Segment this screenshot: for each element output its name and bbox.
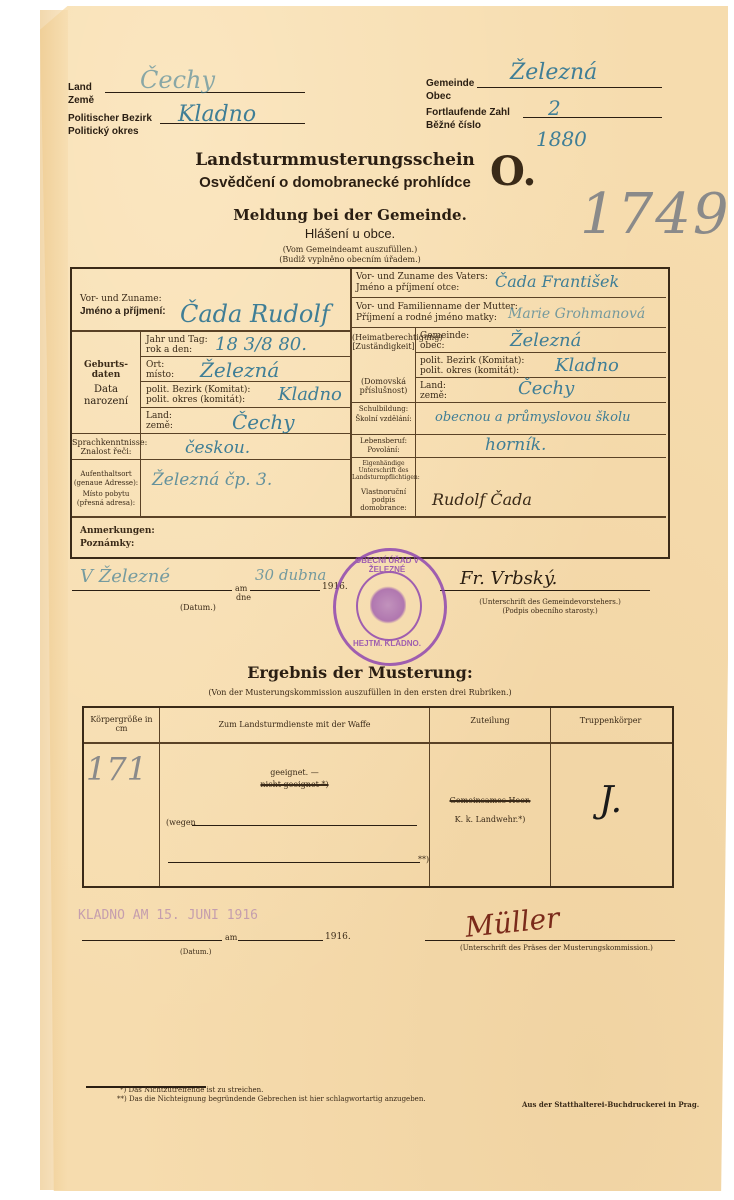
occupation-label-cz: Povolání: xyxy=(352,446,415,454)
mother-value: Marie Grohmanová xyxy=(508,306,645,322)
gemeinde-value: Železná xyxy=(510,60,597,85)
stamp-outer-text: OBECNÍ ÚŘAD V ŽELEZNÉ xyxy=(336,556,438,574)
mayor-sig-label-de: (Unterschrift des Gemeindevorstehers.) xyxy=(470,598,630,607)
birth-group-cz: Data narození xyxy=(74,384,138,408)
heimat-group-cz: (Domovská příslušnost) xyxy=(352,377,415,395)
municipal-stamp: OBECNÍ ÚŘAD V ŽELEZNÉ HEJTM. KLADNO. xyxy=(333,548,447,666)
date-line-2 xyxy=(238,940,323,941)
row-divider xyxy=(352,457,666,458)
zahl-label-de: Fortlaufende Zahl xyxy=(426,107,510,118)
land-label-cz: Země xyxy=(68,95,94,106)
birth-place-label-de: Ort: xyxy=(146,360,164,370)
remarks-label-cz: Poznámky: xyxy=(80,539,134,549)
school-label-de: Schulbildung: xyxy=(352,405,415,413)
school-label-cz: Školní vzdělání: xyxy=(352,415,415,423)
gemeinde-label-de: Gemeinde xyxy=(426,78,474,89)
form-letter: O. xyxy=(490,148,536,195)
assignment-value: K. k. Landwehr.*) xyxy=(430,815,550,824)
father-label-cz: Jméno a příjmení otce: xyxy=(356,283,459,293)
mayor-sig-label-cz: (Podpis obecního starosty.) xyxy=(470,607,630,616)
birth-land-label-de: Land: xyxy=(146,411,172,421)
row-divider xyxy=(72,433,352,434)
commission-am: am xyxy=(225,933,237,942)
title-cz: Osvědčení o domobranecké prohlídce xyxy=(150,174,520,191)
occupation-label-de: Lebensberuf: xyxy=(352,437,415,445)
col-divider xyxy=(140,331,141,516)
commission-year: 1916. xyxy=(325,932,351,942)
assignment-struck: Gemeinsames Heer. xyxy=(430,796,550,805)
remarks-label-de: Anmerkungen: xyxy=(80,526,155,536)
date-line xyxy=(250,590,320,591)
birth-bezirk-label-de: polit. Bezirk (Komitat): xyxy=(146,385,250,395)
birth-place-value: Železná xyxy=(200,358,279,382)
bezirk-value: Kladno xyxy=(178,102,256,127)
heimat-land-label-cz: země: xyxy=(420,391,447,401)
bezirk-label-de: Politischer Bezirk xyxy=(68,113,152,124)
heimat-gemeinde-value: Železná xyxy=(510,330,581,351)
col-height-header: Körpergröße in cm xyxy=(84,715,159,733)
birth-date-label-cz: rok a den: xyxy=(146,345,192,355)
father-label-de: Vor- und Zuname des Vaters: xyxy=(356,272,488,282)
wegen-line-2 xyxy=(168,862,420,863)
heimat-bezirk-value: Kladno xyxy=(555,355,619,376)
heimat-land-label-de: Land: xyxy=(420,381,446,391)
birth-place-label-cz: místo: xyxy=(146,370,174,380)
occupation-value: horník. xyxy=(485,435,546,455)
result-note: (Von der Musterungskommission auszufülle… xyxy=(150,688,570,697)
am-label: am xyxy=(235,584,247,593)
heimat-group-de: (Heimatberechtigung) [Zuständigkeit] xyxy=(352,333,415,351)
col-divider xyxy=(159,708,160,886)
municipal-date: 30 dubna xyxy=(255,566,326,584)
signature-line xyxy=(440,590,650,591)
language-label-cz: Znalost řeči: xyxy=(72,447,140,456)
father-value: Čada František xyxy=(495,272,619,291)
commission-sig-line xyxy=(425,940,675,941)
address-label-de: Aufenthaltsort (genaue Adresse): xyxy=(72,470,140,488)
not-suitable-struck: nicht geeignet *) xyxy=(160,780,429,789)
mother-label-de: Vor- und Familienname der Mutter: xyxy=(356,302,518,312)
birth-bezirk-label-cz: polit. okres (komitát): xyxy=(146,395,245,405)
heimat-bezirk-label-cz: polit. okres (komitát): xyxy=(420,366,519,376)
date-place-line xyxy=(82,940,222,941)
printer-note: Aus der Statthalterei-Buchdruckerei in P… xyxy=(522,1100,699,1109)
name-value: Čada Rudolf xyxy=(180,300,330,328)
signature-label-cz: Vlastnoruční podpis domobrance: xyxy=(352,488,415,512)
note-cz: (Budiž vyplněno obecním úřadem.) xyxy=(190,255,510,264)
heimat-gemeinde-label-de: Gemeinde: xyxy=(420,331,469,341)
language-value: českou. xyxy=(185,438,250,458)
gemeinde-line xyxy=(477,87,662,88)
col-weapon-header: Zum Landsturmdienste mit der Waffe xyxy=(160,720,429,729)
birth-date-label-de: Jahr und Tag: xyxy=(146,335,208,345)
language-label-de: Sprachkenntnisse: xyxy=(72,438,140,447)
height-value: 171 xyxy=(86,750,147,788)
number-1749: 1749 xyxy=(580,182,731,247)
col-assignment-header: Zuteilung xyxy=(430,716,550,725)
dne-label: dne xyxy=(236,593,251,602)
header-divider xyxy=(84,742,672,744)
row-divider xyxy=(415,352,666,353)
troop-value: J. xyxy=(551,780,670,821)
gemeinde-label-cz: Obec xyxy=(426,91,451,102)
footnote-mark: **) xyxy=(418,855,429,864)
row-divider xyxy=(352,297,666,298)
name-label-de: Vor- und Zuname: xyxy=(80,294,162,304)
land-value: Čechy xyxy=(140,66,215,94)
land-label-de: Land xyxy=(68,82,92,93)
heimat-bezirk-label-de: polit. Bezirk (Komitat): xyxy=(420,356,524,366)
birth-group-de: Geburts-daten xyxy=(74,360,138,380)
birth-land-label-cz: země: xyxy=(146,421,173,431)
wegen-line xyxy=(192,825,417,826)
mother-label-cz: Příjmení a rodné jméno matky: xyxy=(356,313,497,323)
school-value: obecnou a průmyslovou školu xyxy=(435,410,631,425)
kladno-date-stamp: KLADNO AM 15. JUNI 1916 xyxy=(78,908,258,923)
title-de: Landsturmmusterungsschein xyxy=(150,150,520,170)
signature-value: Rudolf Čada xyxy=(432,490,532,509)
stamp-bottom-text: HEJTM. KLADNO. xyxy=(336,639,438,648)
col-troop-header: Truppenkörper xyxy=(551,716,670,725)
zahl-line xyxy=(523,117,662,118)
row-divider xyxy=(140,407,350,408)
zahl-value: 2 xyxy=(548,96,561,120)
heimat-land-value: Čechy xyxy=(518,378,574,399)
number-1880: 1880 xyxy=(536,127,587,151)
paper-edge xyxy=(40,10,68,1190)
signature-label-de: Eigenhändige Unterschrift des Landsturmp… xyxy=(352,460,415,481)
lion-emblem-icon xyxy=(370,585,406,625)
row-divider xyxy=(352,402,666,403)
commission-datum: (Datum.) xyxy=(180,948,211,957)
row-divider xyxy=(352,327,666,328)
result-title: Ergebnis der Musterung: xyxy=(150,663,570,682)
col-divider xyxy=(415,327,416,516)
row-divider xyxy=(72,516,666,518)
heimat-gemeinde-label-cz: obec: xyxy=(420,341,445,351)
subtitle-de: Meldung bei der Gemeinde. xyxy=(190,206,510,224)
zahl-label-cz: Běžné číslo xyxy=(426,120,481,131)
municipal-place: V Železné xyxy=(80,566,170,587)
place-line xyxy=(72,590,232,591)
footnote-1: *) Das Nichtzutreffende ist zu streichen… xyxy=(120,1086,263,1095)
subtitle-cz: Hlášení u obce. xyxy=(190,226,510,241)
row-divider xyxy=(140,356,350,357)
mayor-signature: Fr. Vrbský. xyxy=(460,568,557,589)
birth-land-value: Čechy xyxy=(232,410,295,434)
address-label-cz: Místo pobytu (přesná adresa): xyxy=(72,490,140,508)
name-label-cz: Jméno a příjmení: xyxy=(80,306,166,317)
birth-bezirk-value: Kladno xyxy=(278,384,342,405)
footnote-2: **) Das die Nichteignung begründende Geb… xyxy=(117,1095,426,1104)
suitable-text: geeignet. — xyxy=(160,768,429,777)
row-divider xyxy=(72,459,352,460)
bezirk-label-cz: Politický okres xyxy=(68,126,139,137)
commission-sig-label: (Unterschrift des Präses der Musterungsk… xyxy=(460,944,653,953)
row-divider xyxy=(72,330,352,332)
note-de: (Vom Gemeindeamt auszufüllen.) xyxy=(190,245,510,254)
address-value: Železná čp. 3. xyxy=(152,470,272,490)
birth-date-value: 18 3/8 80. xyxy=(215,334,307,355)
datum-label: (Datum.) xyxy=(180,603,216,612)
